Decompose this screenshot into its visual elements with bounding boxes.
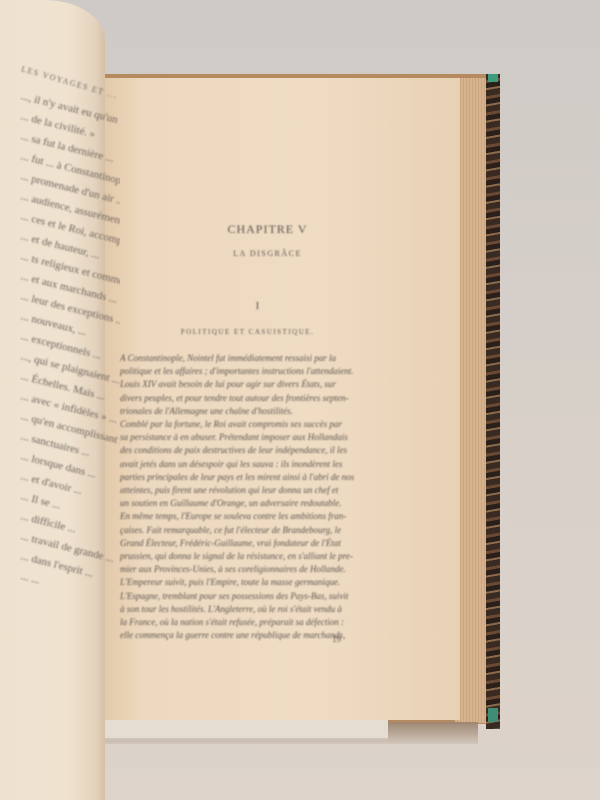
body-line: divers peuples, et pour tendre tout auto… <box>120 392 385 405</box>
body-line: des conditions de paix destructives de l… <box>120 444 385 457</box>
body-line: un soutien en Guillaume d'Orange, un adv… <box>120 497 385 510</box>
chapter-subtitle: LA DISGRÂCE <box>150 249 385 258</box>
body-line: avait jetés dans un désespoir qui les sa… <box>120 458 385 471</box>
marbled-edge <box>486 74 500 729</box>
body-line: mier aux Provinces-Unies, à ses coreligi… <box>120 563 385 576</box>
body-line: trionales de l'Allemagne une chaîne d'ho… <box>120 405 385 418</box>
right-page-text: CHAPITRE V LA DISGRÂCE I POLITIQUE ET CA… <box>120 222 385 642</box>
body-line: L'Espagne, tremblant pour ses possession… <box>120 590 385 603</box>
green-edge-accent-bottom <box>488 708 498 722</box>
body-line: A Constantinople, Nointel fut immédiatem… <box>120 352 385 365</box>
body-line: à son tour les hostilités. L'Angleterre,… <box>120 603 385 616</box>
book-photo: CHAPITRE V LA DISGRÂCE I POLITIQUE ET CA… <box>0 0 600 800</box>
section-title: POLITIQUE ET CASUISTIQUE. <box>110 328 385 336</box>
left-page: LES VOYAGES ET ... ..., il n'y avait eu … <box>0 0 105 800</box>
page-number: 19 <box>332 634 341 644</box>
green-edge-accent-top <box>488 74 498 82</box>
body-line: politique et les affaires ; d'importante… <box>120 365 385 378</box>
body-line: prussien, qui donna le signal de la rési… <box>120 550 385 563</box>
body-line: la France, où la nation s'était refusée,… <box>120 616 385 629</box>
body-line: En même temps, l'Europe se souleva contr… <box>120 510 385 523</box>
body-line: elle commença la guerre contre une répub… <box>120 629 385 642</box>
body-line: çaises. Fait remarquable, ce fut l'élect… <box>120 524 385 537</box>
body-line: sa persistance à en abuser. Prétendant i… <box>120 431 385 444</box>
body-text: A Constantinople, Nointel fut immédiatem… <box>120 352 385 642</box>
left-page-text: LES VOYAGES ET ... ..., il n'y avait eu … <box>20 64 120 624</box>
chapter-title: CHAPITRE V <box>150 222 385 237</box>
body-line: Louis XIV avait besoin de lui pour agir … <box>120 378 385 391</box>
right-page: CHAPITRE V LA DISGRÂCE I POLITIQUE ET CA… <box>100 78 460 720</box>
body-line: Grand Électeur, Frédéric-Guillaume, vrai… <box>120 537 385 550</box>
body-line: Comblé par la fortune, le Roi avait comp… <box>120 418 385 431</box>
body-line: atteintes, puis firent une révolution qu… <box>120 484 385 497</box>
book-bottom-board <box>98 720 388 740</box>
body-line: L'Empereur suivit, puis l'Empire, toute … <box>120 576 385 589</box>
section-number: I <box>130 300 385 312</box>
body-line: parties principales de leur pays et les … <box>120 471 385 484</box>
